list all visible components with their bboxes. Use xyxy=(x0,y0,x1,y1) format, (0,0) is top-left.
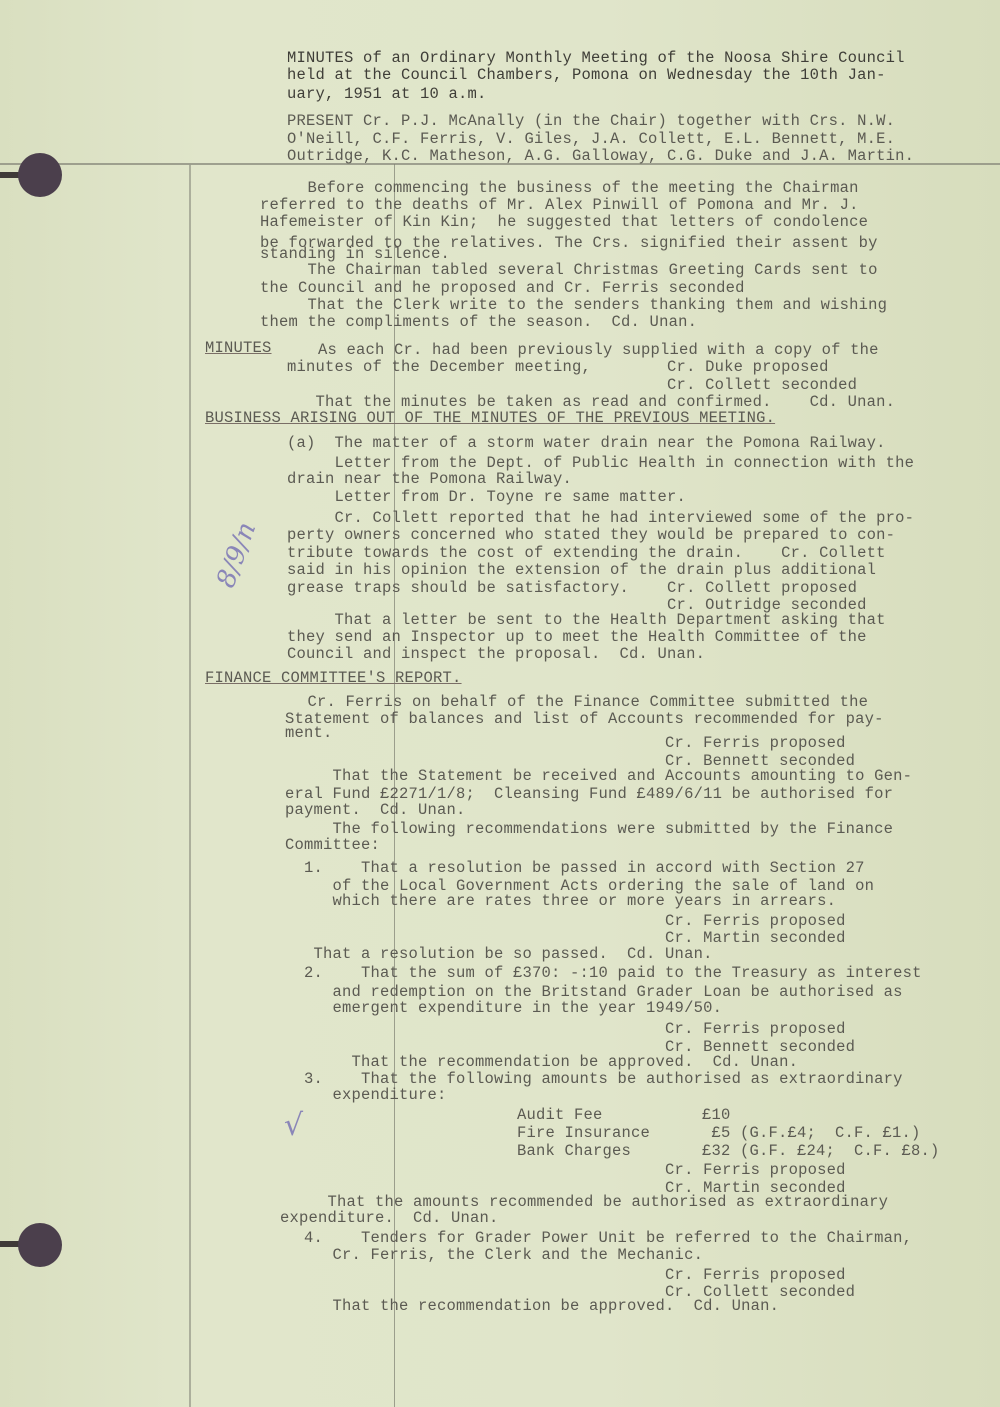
recommendation-line: That a resolution be so passed. Cd. Unan… xyxy=(285,946,713,963)
body-line: drain near the Pomona Railway. xyxy=(287,471,572,488)
handwritten-tick: √ xyxy=(284,1108,303,1143)
expense-label: Fire Insurance xyxy=(517,1125,650,1142)
body-line: That a letter be sent to the Health Depa… xyxy=(287,612,886,629)
section-heading-minutes: MINUTES xyxy=(205,340,272,357)
body-line: That the Statement be received and Accou… xyxy=(285,768,912,785)
body-line: Letter from Dr. Toyne re same matter. xyxy=(287,489,686,506)
body-line: Cr. Collett reported that he had intervi… xyxy=(287,510,914,527)
present-line: PRESENT Cr. P.J. McAnally (in the Chair)… xyxy=(287,113,895,130)
body-line: perty owners concerned who stated they w… xyxy=(287,527,895,544)
body-line: Cr. Ferris on behalf of the Finance Comm… xyxy=(260,694,868,711)
section-heading-business: BUSINESS ARISING OUT OF THE MINUTES OF T… xyxy=(205,410,775,427)
body-line: As each Cr. had been previously supplied… xyxy=(318,342,879,359)
body-line: Statement of balances and list of Accoun… xyxy=(285,711,884,728)
body-line: grease traps should be satisfactory. Cr.… xyxy=(287,580,857,597)
recommendation-line: Cr. Ferris proposed xyxy=(285,1162,846,1179)
body-line: (a) The matter of a storm water drain ne… xyxy=(287,435,886,452)
body-line: Before commencing the business of the me… xyxy=(260,180,859,197)
margin-rule xyxy=(189,164,191,1407)
recommendation-line: 4. Tenders for Grader Power Unit be refe… xyxy=(285,1230,912,1247)
body-line: Hafemeister of Kin Kin; he suggested tha… xyxy=(260,214,868,231)
punch-hole-bottom xyxy=(18,1223,62,1267)
recommendation-line: 1. That a resolution be passed in accord… xyxy=(285,860,865,877)
expense-label: Bank Charges xyxy=(517,1143,631,1160)
body-line: minutes of the December meeting, Cr. Duk… xyxy=(287,359,829,376)
recommendation-line: Cr. Ferris proposed xyxy=(285,1021,846,1038)
recommendation-line: expenditure: xyxy=(285,1087,447,1104)
body-line: That the Clerk write to the senders than… xyxy=(260,297,887,314)
body-line: Cr. Ferris proposed xyxy=(285,735,846,752)
body-line: The Chairman tabled several Christmas Gr… xyxy=(260,262,878,279)
recommendation-line: Cr. Ferris proposed xyxy=(285,1267,846,1284)
body-line: Cr. Collett seconded xyxy=(287,377,857,394)
present-line: O'Neill, C.F. Ferris, V. Giles, J.A. Col… xyxy=(287,131,895,148)
body-line: the Council and he proposed and Cr. Ferr… xyxy=(260,280,745,297)
title-line: uary, 1951 at 10 a.m. xyxy=(287,86,487,103)
handwritten-initials: 8/9/n xyxy=(211,518,262,592)
present-line: Outridge, K.C. Matheson, A.G. Galloway, … xyxy=(287,148,914,165)
punch-hole-top xyxy=(18,153,62,197)
recommendation-line: which there are rates three or more year… xyxy=(285,893,836,910)
title-line: MINUTES of an Ordinary Monthly Meeting o… xyxy=(287,50,905,67)
document-page: MINUTES of an Ordinary Monthly Meeting o… xyxy=(0,0,1000,1407)
recommendation-line: expenditure. Cd. Unan. xyxy=(280,1210,499,1227)
body-line: payment. Cd. Unan. xyxy=(285,802,466,819)
recommendation-line: Cr. Ferris proposed xyxy=(285,913,846,930)
body-line: they send an Inspector up to meet the He… xyxy=(287,629,867,646)
section-heading-finance: FINANCE COMMITTEE'S REPORT. xyxy=(205,670,462,687)
body-line: referred to the deaths of Mr. Alex Pinwi… xyxy=(260,197,859,214)
recommendation-line: 2. That the sum of £370: -:10 paid to th… xyxy=(285,965,922,982)
recommendation-line: Cr. Ferris, the Clerk and the Mechanic. xyxy=(285,1247,703,1264)
recommendation-line: emergent expenditure in the year 1949/50… xyxy=(285,1000,722,1017)
recommendation-line: That the recommendation be approved. Cd.… xyxy=(285,1054,798,1071)
body-line: Council and inspect the proposal. Cd. Un… xyxy=(287,646,705,663)
expense-amount: £10 xyxy=(702,1107,731,1124)
body-line: Committee: xyxy=(285,837,380,854)
expense-amount: £5 (G.F.£4; C.F. £1.) xyxy=(702,1125,921,1142)
title-line: held at the Council Chambers, Pomona on … xyxy=(287,67,886,84)
recommendation-line: That the recommendation be approved. Cd.… xyxy=(285,1298,779,1315)
body-line: them the compliments of the season. Cd. … xyxy=(260,314,697,331)
expense-label: Audit Fee xyxy=(517,1107,603,1124)
body-line: tribute towards the cost of extending th… xyxy=(287,545,886,562)
expense-amount: £32 (G.F. £24; C.F. £8.) xyxy=(702,1143,940,1160)
body-line: said in his opinion the extension of the… xyxy=(287,562,876,579)
